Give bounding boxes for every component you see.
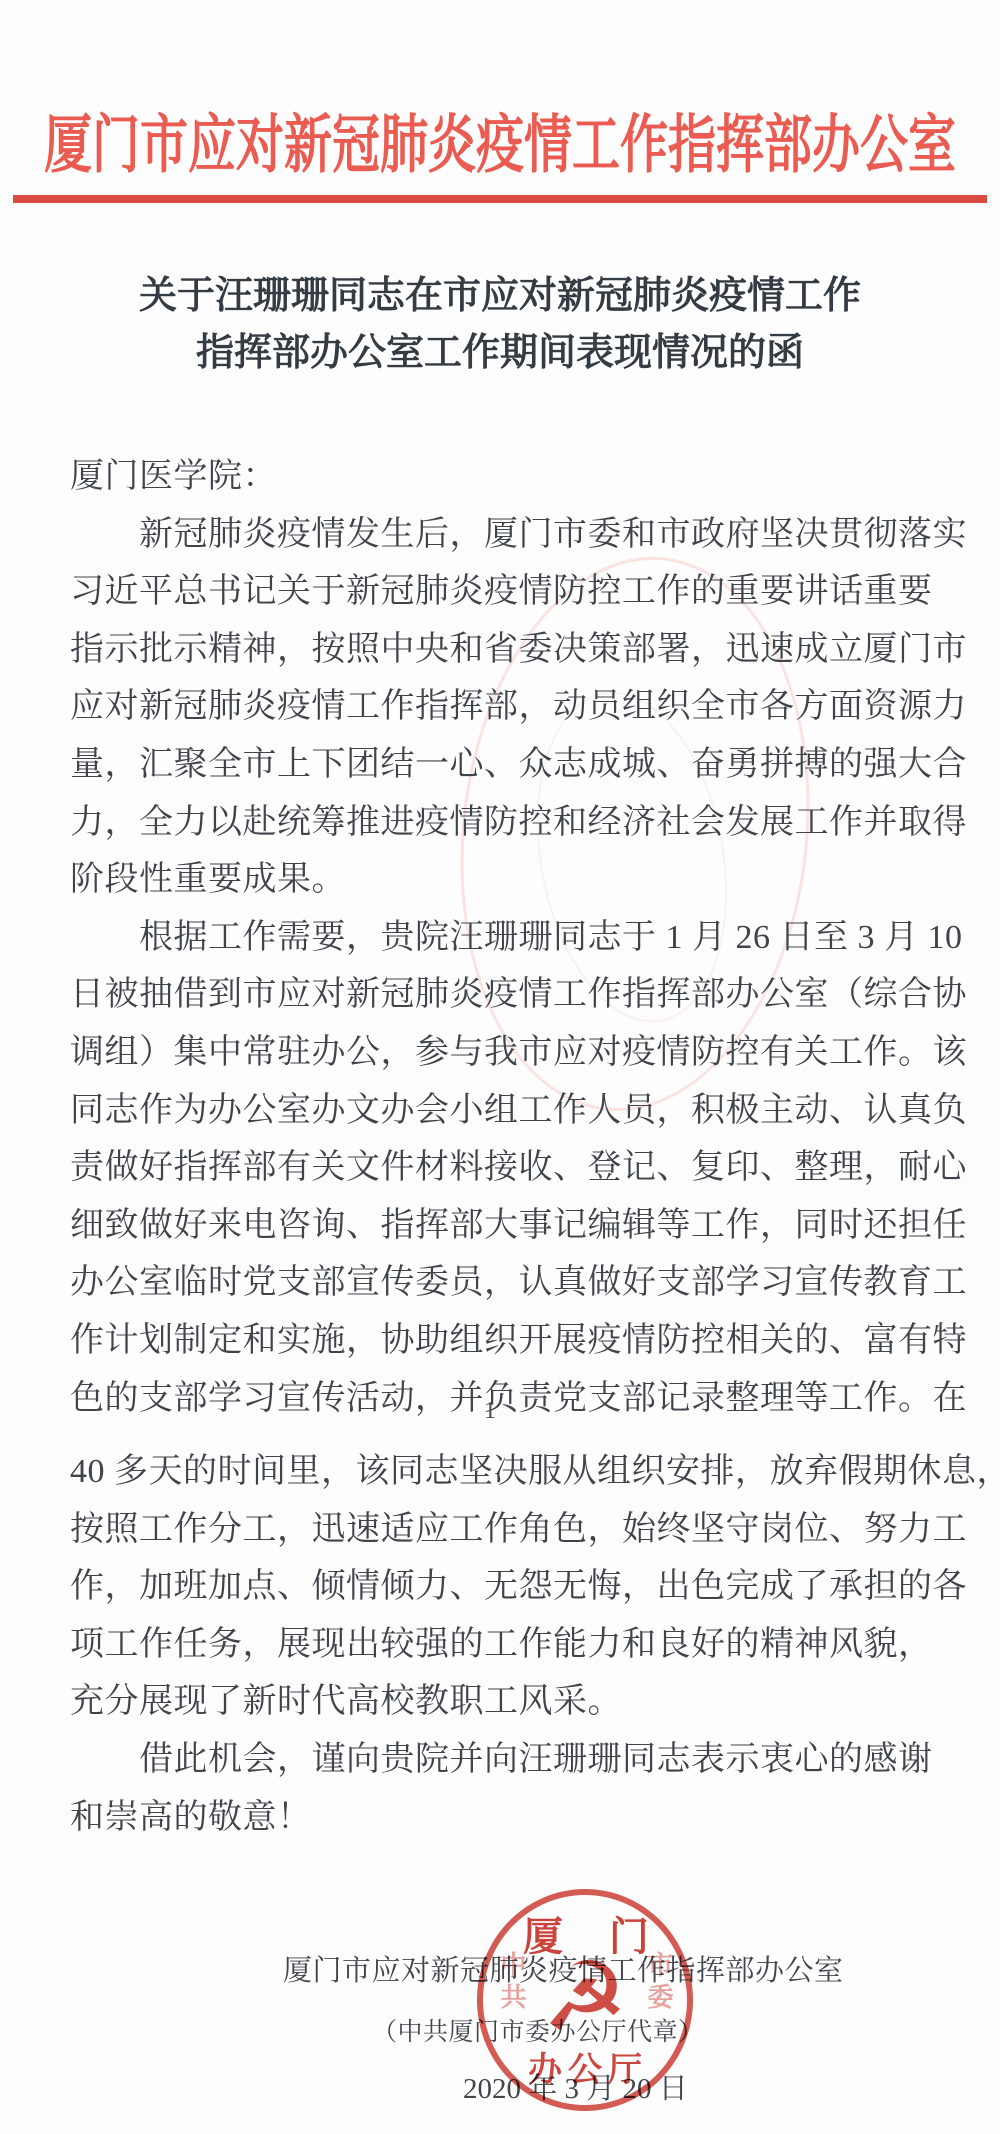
official-red-seal: 厦门 中共 市委 ☭ 办公厅 — [477, 1889, 693, 2111]
body-line: 细致做好来电咨询、指挥部大事记编辑等工作，同时还担任 — [70, 1197, 930, 1255]
scanned-official-letter: 厦门市应对新冠肺炎疫情工作指挥部办公室 关于汪珊珊同志在市应对新冠肺炎疫情工作 … — [0, 0, 1000, 2134]
page-number: 1 — [470, 1398, 510, 1425]
document-title-line2: 指挥部办公室工作期间表现情况的函 — [0, 325, 1000, 382]
body-line: 责做好指挥部有关文件材料接收、登记、复印、整理，耐心 — [70, 1139, 930, 1197]
letterhead-red-rule — [13, 195, 987, 203]
body-line: 调组）集中常驻办公，参与我市应对疫情防控有关工作。该 — [70, 1024, 930, 1082]
body-line: 日被抽借到市应对新冠肺炎疫情工作指挥部办公室（综合协 — [70, 966, 930, 1024]
body-line: 充分展现了新时代高校教职工风采。 — [70, 1673, 930, 1731]
body-line: 项工作任务，展现出较强的工作能力和良好的精神风貌， — [70, 1616, 930, 1674]
body-line: 借此机会，谨向贵院并向汪珊珊同志表示衷心的感谢 — [70, 1731, 930, 1789]
body-text-page2: 40 多天的时间里，该同志坚决服从组织安排，放弃假期休息，按照工作分工，迅速适应… — [70, 1443, 930, 1846]
document-title: 关于汪珊珊同志在市应对新冠肺炎疫情工作 指挥部办公室工作期间表现情况的函 — [0, 268, 1000, 382]
body-line: 同志作为办公室办文办会小组工作人员，积极主动、认真负 — [70, 1082, 930, 1140]
body-line: 和崇高的敬意！ — [70, 1789, 930, 1847]
document-title-line1: 关于汪珊珊同志在市应对新冠肺炎疫情工作 — [0, 268, 1000, 325]
seal-bottom-text: 办公厅 — [477, 2042, 693, 2091]
body-line: 习近平总书记关于新冠肺炎疫情防控工作的重要讲话重要 — [70, 563, 930, 621]
hammer-and-sickle-icon: ☭ — [477, 1947, 693, 2047]
body-line: 应对新冠肺炎疫情工作指挥部，动员组织全市各方面资源力 — [70, 678, 930, 736]
body-line: 办公室临时党支部宣传委员，认真做好支部学习宣传教育工 — [70, 1254, 930, 1312]
body-line: 作，加班加点、倾情倾力、无怨无悔，出色完成了承担的各 — [70, 1558, 930, 1616]
body-line: 作计划制定和实施，协助组织开展疫情防控相关的、富有特 — [70, 1312, 930, 1370]
body-line: 厦门医学院： — [70, 448, 930, 506]
body-line: 量，汇聚全市上下团结一心、众志成城、奋勇拼搏的强大合 — [70, 736, 930, 794]
body-text-page1: 厦门医学院： 新冠肺炎疫情发生后，厦门市委和市政府坚决贯彻落实习近平总书记关于新… — [70, 448, 930, 1427]
body-line: 力，全力以赴统筹推进疫情防控和经济社会发展工作并取得 — [70, 794, 930, 852]
body-line: 指示批示精神，按照中央和省委决策部署，迅速成立厦门市 — [70, 621, 930, 679]
body-line: 新冠肺炎疫情发生后，厦门市委和市政府坚决贯彻落实 — [70, 506, 930, 564]
body-line: 40 多天的时间里，该同志坚决服从组织安排，放弃假期休息， — [70, 1443, 930, 1501]
body-line: 阶段性重要成果。 — [70, 851, 930, 909]
letterhead-title: 厦门市应对新冠肺炎疫情工作指挥部办公室 — [0, 94, 1000, 185]
body-line: 按照工作分工，迅速适应工作角色，始终坚守岗位、努力工 — [70, 1501, 930, 1559]
body-line: 根据工作需要，贵院汪珊珊同志于 1 月 26 日至 3 月 10 — [70, 909, 930, 967]
